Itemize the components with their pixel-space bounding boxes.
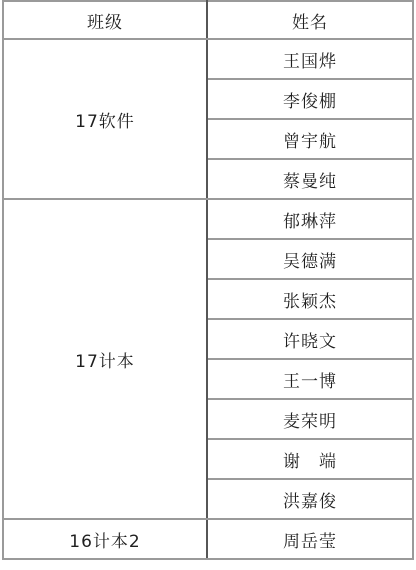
table-row: 17计本 郁琳萍 (3, 199, 413, 239)
name-cell: 谢 端 (207, 439, 413, 479)
name-cell: 麦荣明 (207, 399, 413, 439)
header-class: 班级 (3, 1, 207, 39)
header-row: 班级 姓名 (3, 1, 413, 39)
name-cell: 王国烨 (207, 39, 413, 79)
table-row: 16计本2 周岳莹 (3, 519, 413, 559)
name-cell: 吴德满 (207, 239, 413, 279)
table-row: 17软件 王国烨 (3, 39, 413, 79)
name-cell: 郁琳萍 (207, 199, 413, 239)
class-name-table: 班级 姓名 17软件 王国烨 李俊棚 曾宇航 蔡曼纯 17计本 郁琳萍 吴德满 … (2, 0, 414, 560)
header-name: 姓名 (207, 1, 413, 39)
class-cell: 17软件 (3, 39, 207, 199)
name-cell: 蔡曼纯 (207, 159, 413, 199)
name-cell: 周岳莹 (207, 519, 413, 559)
class-cell: 17计本 (3, 199, 207, 519)
name-cell: 许晓文 (207, 319, 413, 359)
name-cell: 王一博 (207, 359, 413, 399)
class-cell: 16计本2 (3, 519, 207, 559)
name-cell: 张颖杰 (207, 279, 413, 319)
name-cell: 曾宇航 (207, 119, 413, 159)
name-cell: 李俊棚 (207, 79, 413, 119)
page: 班级 姓名 17软件 王国烨 李俊棚 曾宇航 蔡曼纯 17计本 郁琳萍 吴德满 … (0, 0, 416, 570)
name-cell: 洪嘉俊 (207, 479, 413, 519)
